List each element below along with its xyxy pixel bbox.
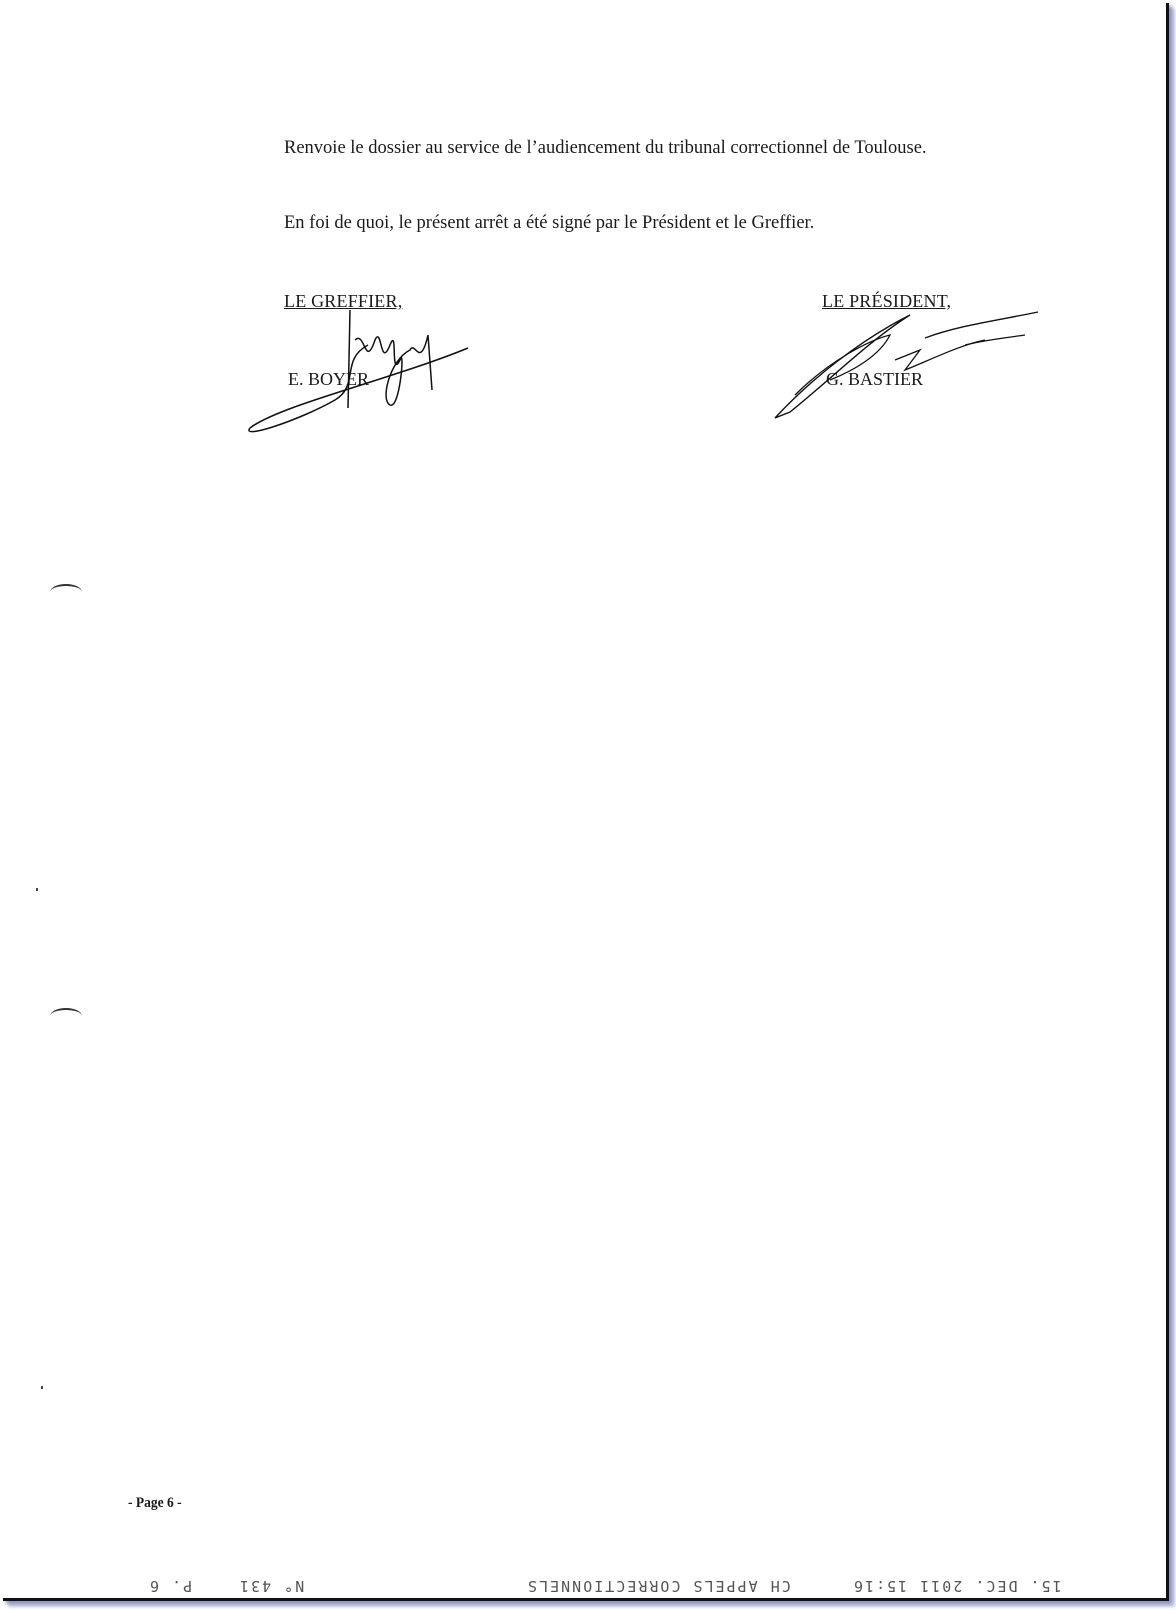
greffier-signature-icon	[240, 300, 480, 440]
document-page: Renvoie le dossier au service de l’audie…	[0, 0, 1166, 1598]
scan-speck	[36, 888, 38, 891]
paragraph-signature-statement: En foi de quoi, le présent arrêt a été s…	[284, 211, 1010, 236]
punch-hole-mark	[50, 584, 82, 600]
paragraph-renvoi: Renvoie le dossier au service de l’audie…	[284, 136, 1010, 161]
fax-page: P. 6	[148, 1577, 192, 1595]
scan-speck	[41, 1386, 43, 1389]
fax-number: N° 431	[238, 1577, 304, 1595]
page-number: - Page 6 -	[128, 1495, 182, 1512]
punch-hole-mark	[50, 1008, 82, 1024]
fax-date-time: 15. DEC. 2011 15:16	[852, 1577, 1062, 1595]
fax-department: CH APPELS CORRECTIONNELS	[526, 1577, 791, 1595]
president-signature-icon	[770, 300, 1050, 430]
